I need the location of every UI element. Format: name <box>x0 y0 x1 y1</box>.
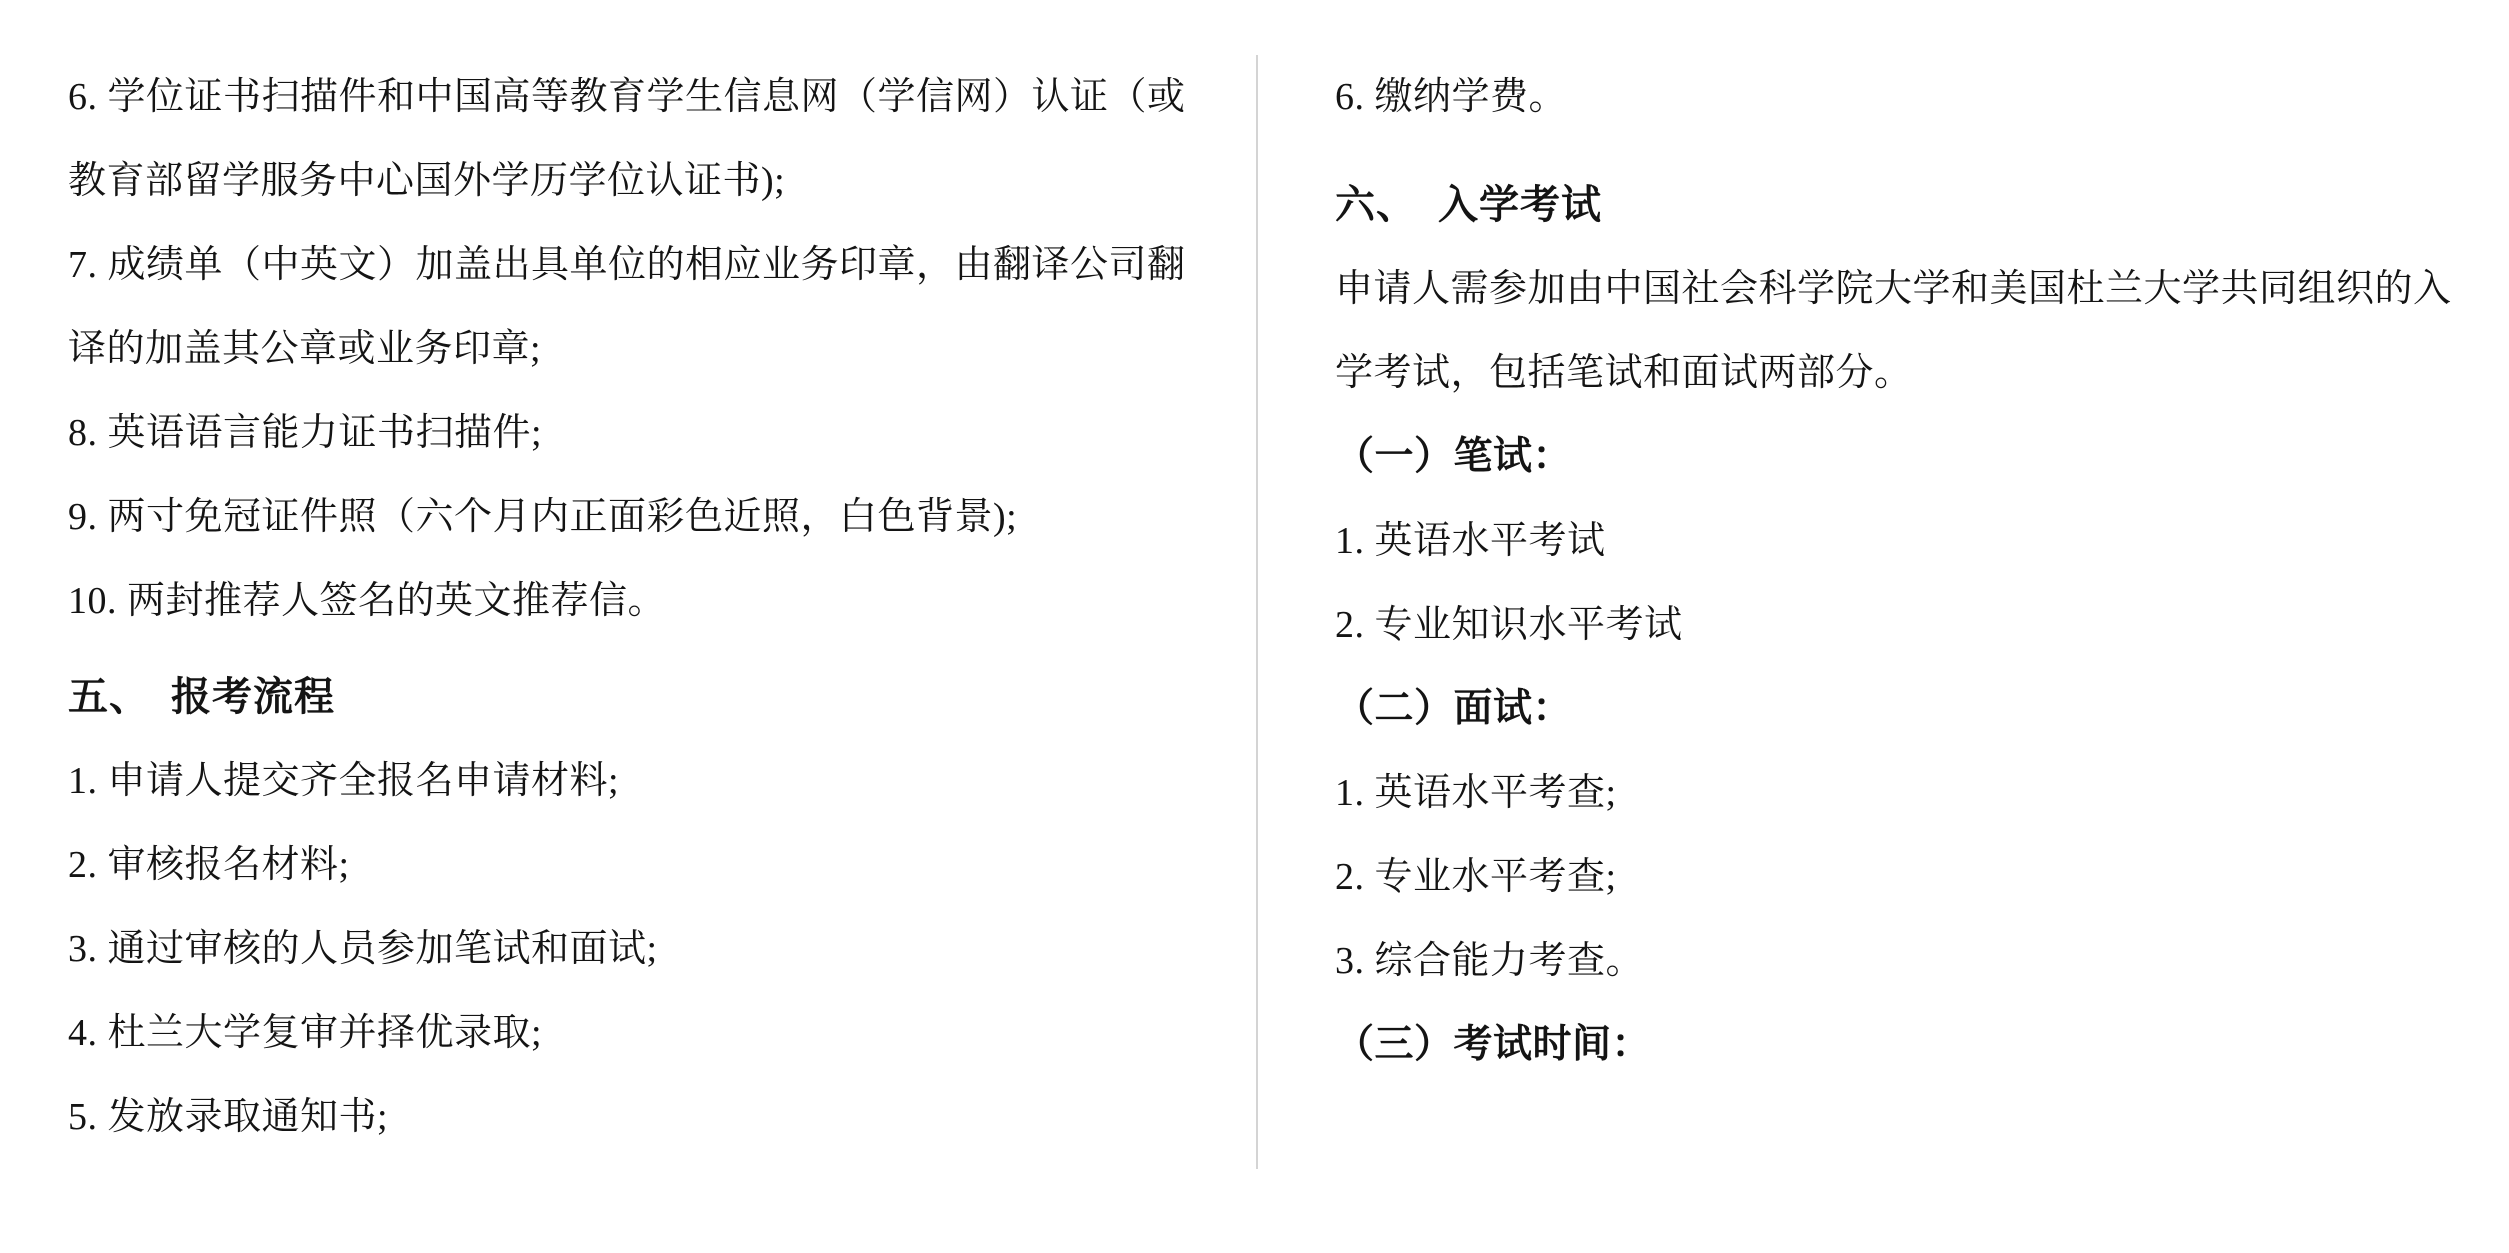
document-canvas: 6. 学位证书扫描件和中国高等教育学生信息网（学信网）认证（或 教育部留学服务中… <box>0 0 2509 1253</box>
left-line-step-1: 1. 申请人提交齐全报名申请材料; <box>68 739 1208 823</box>
right-line-exam-intro: 申请人需参加由中国社会科学院大学和美国杜兰大学共同组织的入 <box>1335 247 2475 331</box>
right-line-interview-1: 1. 英语水平考查; <box>1335 751 2475 835</box>
left-line-step-5: 5. 发放录取通知书; <box>68 1075 1208 1159</box>
subsection-heading-exam-time: （三）考试时间： <box>1335 1003 2475 1087</box>
left-line-item-7-cont: 译的加盖其公章或业务印章; <box>68 307 1208 391</box>
section-heading-entrance-exam: 六、 入学考试 <box>1335 163 2475 247</box>
right-line-exam-intro-cont: 学考试，包括笔试和面试两部分。 <box>1335 331 2475 415</box>
subsection-heading-interview: （二）面试： <box>1335 667 2475 751</box>
right-line-interview-3: 3. 综合能力考查。 <box>1335 919 2475 1003</box>
right-line-written-2: 2. 专业知识水平考试 <box>1335 583 2475 667</box>
left-line-step-2: 2. 审核报名材料; <box>68 823 1208 907</box>
left-line-step-3: 3. 通过审核的人员参加笔试和面试; <box>68 907 1208 991</box>
left-line-item-7: 7. 成绩单（中英文）加盖出具单位的相应业务印章，由翻译公司翻 <box>68 223 1208 307</box>
right-line-written-1: 1. 英语水平考试 <box>1335 499 2475 583</box>
left-line-item-10: 10. 两封推荐人签名的英文推荐信。 <box>68 559 1208 643</box>
right-line-step-6: 6. 缴纳学费。 <box>1335 55 2475 139</box>
section-heading-application-process: 五、 报考流程 <box>68 655 1208 739</box>
right-page: 6. 缴纳学费。 六、 入学考试 申请人需参加由中国社会科学院大学和美国杜兰大学… <box>1335 55 2475 1087</box>
left-line-item-9: 9. 两寸免冠证件照（六个月内正面彩色近照，白色背景); <box>68 475 1208 559</box>
left-page: 6. 学位证书扫描件和中国高等教育学生信息网（学信网）认证（或 教育部留学服务中… <box>68 55 1208 1159</box>
left-line-item-6: 6. 学位证书扫描件和中国高等教育学生信息网（学信网）认证（或 <box>68 55 1208 139</box>
left-line-item-6-cont: 教育部留学服务中心国外学历学位认证书); <box>68 139 1208 223</box>
subsection-heading-written-test: （一）笔试： <box>1335 415 2475 499</box>
left-line-item-8: 8. 英语语言能力证书扫描件; <box>68 391 1208 475</box>
right-line-interview-2: 2. 专业水平考查; <box>1335 835 2475 919</box>
page-divider <box>1256 55 1258 1169</box>
left-line-step-4: 4. 杜兰大学复审并择优录取; <box>68 991 1208 1075</box>
